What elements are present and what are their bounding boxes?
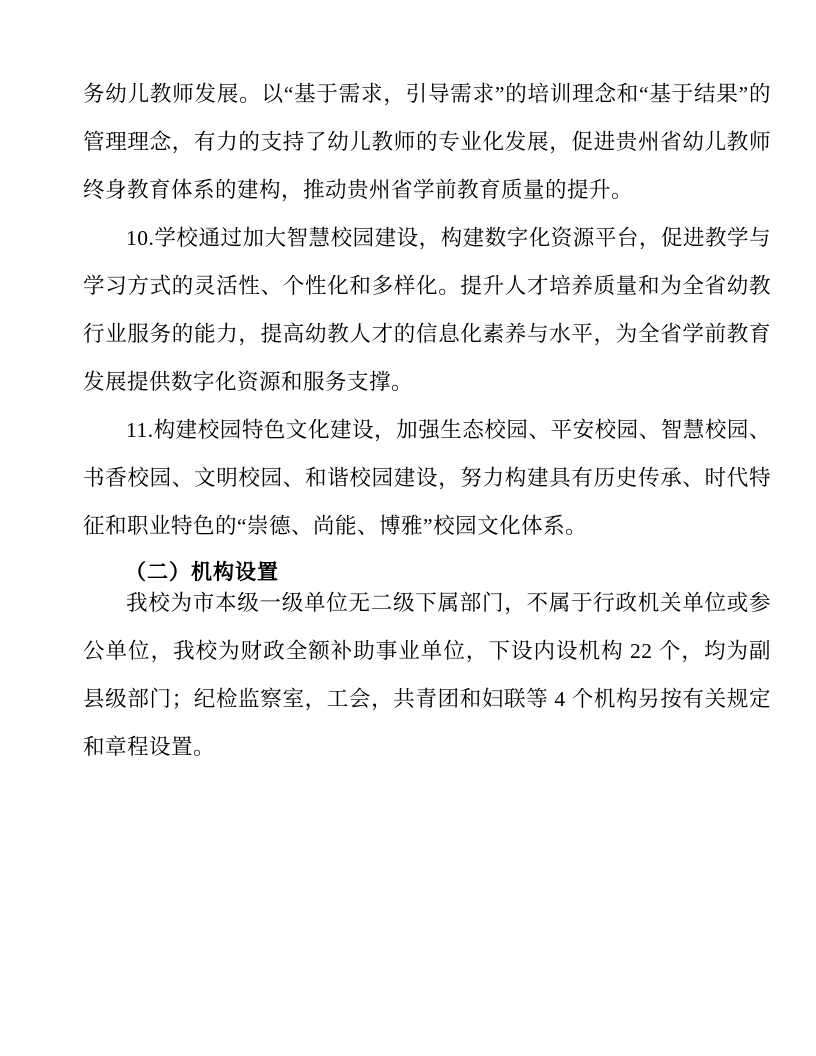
paragraph-teacher-development: 务幼儿教师发展。以“基于需求，引导需求”的培训理念和“基于结果”的管理理念，有力…: [83, 70, 771, 214]
paragraph-organization-structure: 我校为市本级一级单位无二级下属部门，不属于行政机关单位或参公单位，我校为财政全额…: [83, 579, 771, 771]
document-page: 务幼儿教师发展。以“基于需求，引导需求”的培训理念和“基于结果”的管理理念，有力…: [0, 0, 816, 1056]
paragraph-11-campus-culture: 11.构建校园特色文化建设，加强生态校园、平安校园、智慧校园、书香校园、文明校园…: [83, 406, 771, 550]
paragraph-10-smart-campus: 10.学校通过加大智慧校园建设，构建数字化资源平台，促进教学与学习方式的灵活性、…: [83, 214, 771, 406]
document-text-area: 务幼儿教师发展。以“基于需求，引导需求”的培训理念和“基于结果”的管理理念，有力…: [83, 70, 771, 771]
